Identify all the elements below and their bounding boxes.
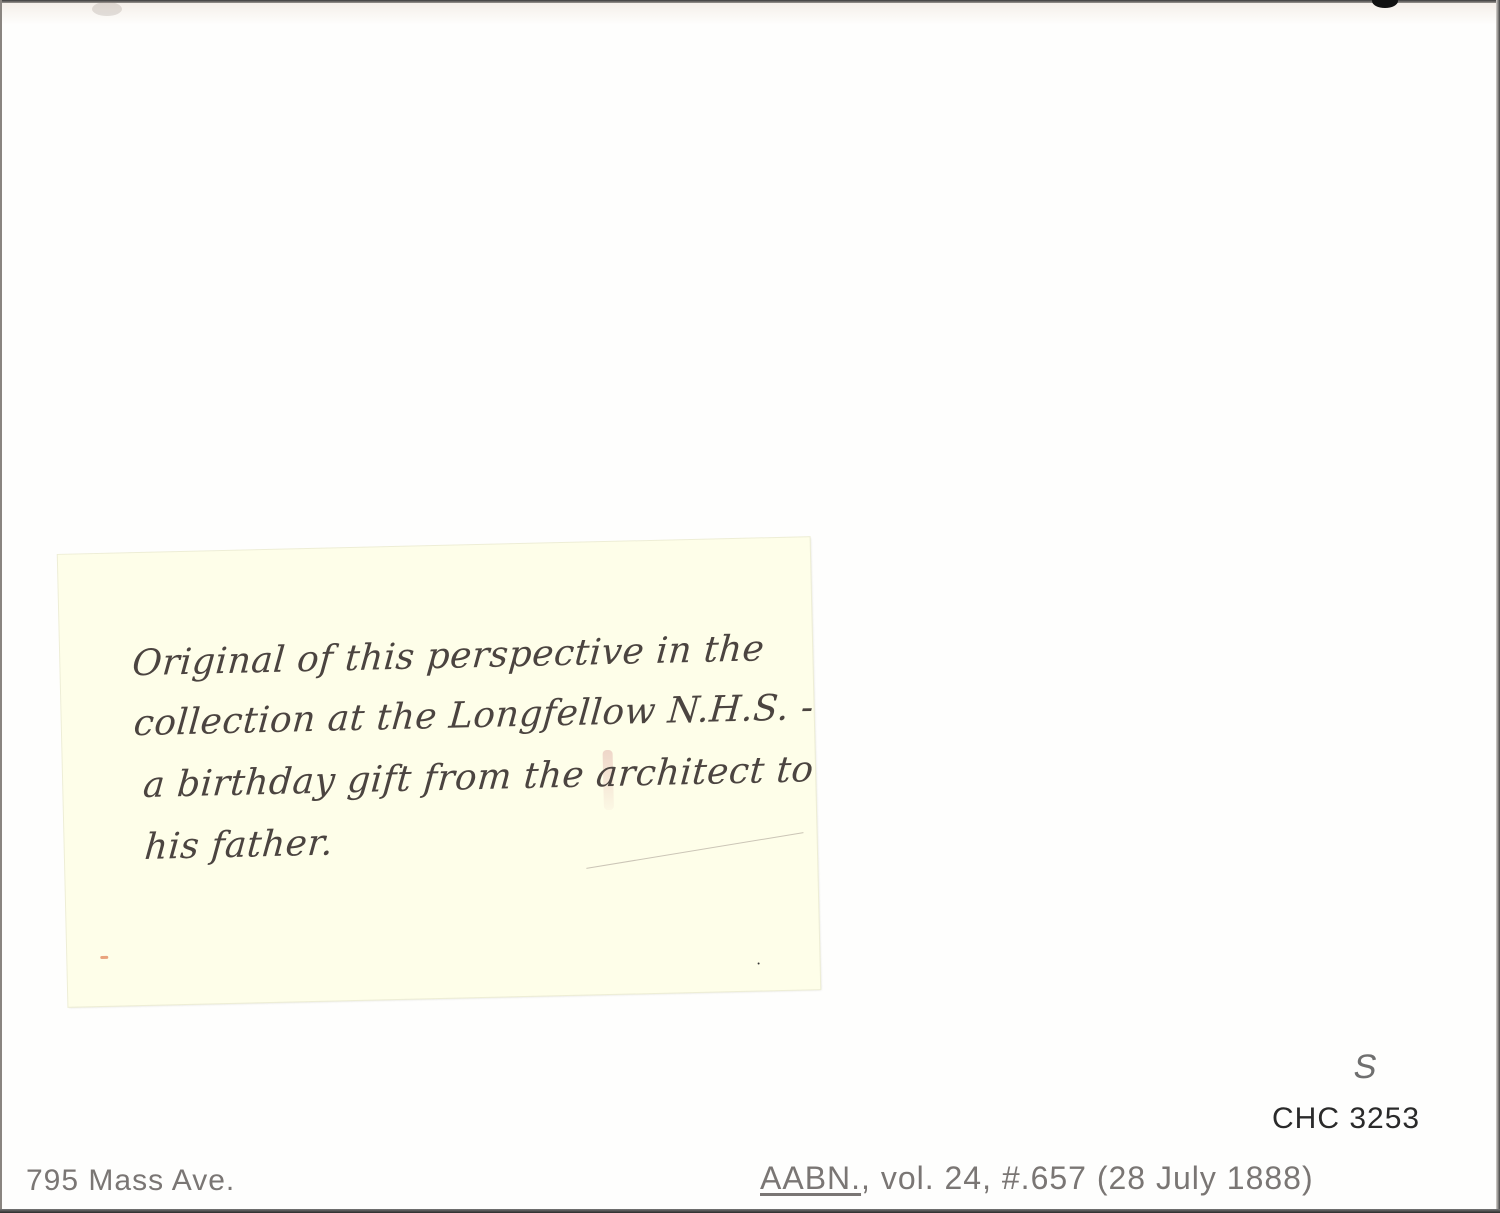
scan-edge-right — [1496, 0, 1500, 1213]
pencil-mark-s: S — [1351, 1048, 1381, 1087]
scan-edge-left — [0, 0, 2, 1213]
address-annotation: 795 Mass Ave. — [26, 1164, 235, 1198]
note-line: collection at the Longfellow N.H.S. - — [132, 687, 815, 744]
citation-details: , vol. 24, #.657 (28 July 1888) — [861, 1160, 1314, 1196]
scan-edge-bottom — [0, 1209, 1500, 1213]
citation-source: AABN. — [760, 1160, 861, 1196]
note-line: a birthday gift from the architect to — [142, 749, 816, 806]
pencil-stroke — [586, 832, 803, 869]
orange-speck — [100, 956, 108, 959]
smudge-mark — [92, 2, 122, 16]
catalog-id: CHC 3253 — [1272, 1102, 1420, 1136]
handwritten-note-card: Original of this perspective in the coll… — [58, 537, 820, 1007]
dot-speck — [758, 963, 760, 965]
edge-discoloration — [2, 3, 1496, 25]
note-line: Original of this perspective in the — [131, 628, 766, 684]
citation-annotation: AABN., vol. 24, #.657 (28 July 1888) — [760, 1160, 1314, 1197]
photo-mount-back: Original of this perspective in the coll… — [0, 0, 1500, 1213]
note-line: his father. — [143, 822, 335, 868]
